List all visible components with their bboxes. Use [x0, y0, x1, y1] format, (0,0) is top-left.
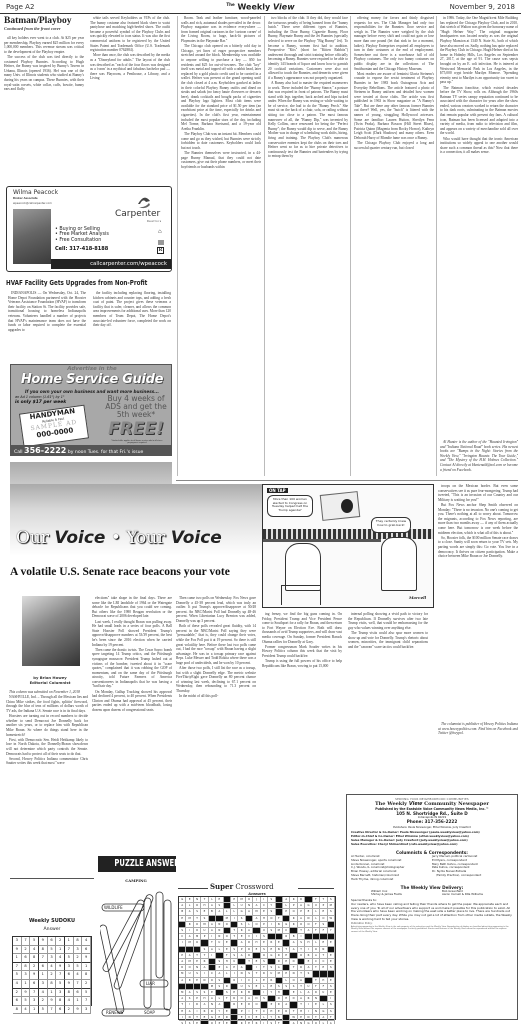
- senate-col-1: This column was submitted on November 1,…: [6, 690, 88, 878]
- agent-photo: [13, 209, 51, 264]
- realtor-ad[interactable]: Wilma Peacock Broker Associate wpeacock@…: [6, 186, 172, 272]
- batman-col-6: in 1986. Today, the One Magnificent Mile…: [440, 16, 518, 441]
- senate-col-6: troops on the Mexican border. But even s…: [438, 484, 518, 716]
- bartender-figure: [381, 537, 417, 591]
- sudoku-cell: 2: [82, 980, 91, 989]
- equal-housing-icon: ⌂: [158, 229, 162, 235]
- sample-ad: HANDYMAN Reliable & Fast SAMPLE AD 000-0…: [19, 405, 89, 448]
- sudoku-cell: 4: [48, 963, 57, 972]
- sudoku-cell: 7: [48, 1006, 57, 1015]
- sudoku-cell: 1: [22, 980, 31, 989]
- author-bio: Al Hunter is the author of the "Haunted …: [440, 440, 518, 480]
- sudoku-cell: 8: [22, 963, 31, 972]
- brand-sub: Realtors: [147, 220, 162, 223]
- wordsearch-title: CAMPING: [100, 878, 172, 883]
- sudoku-cell: 8: [48, 980, 57, 989]
- svg-text:LIAR: LIAR: [146, 981, 155, 986]
- byline: by Brian Howey Editorial Columnist: [10, 676, 90, 685]
- issue-date: November 9, 2018: [450, 3, 515, 11]
- sudoku-cell: 1: [39, 971, 48, 980]
- sudoku-cell: 1: [56, 946, 65, 955]
- sudoku-cell: 5: [74, 963, 83, 972]
- sudoku-cell: 8: [39, 946, 48, 955]
- batman-col-4: two blocks of the club. If they did, the…: [268, 16, 348, 478]
- sudoku-cell: 9: [74, 1006, 83, 1015]
- sudoku-cell: 2: [74, 954, 83, 963]
- senate-col-5: internal polling showing a vivid path to…: [348, 612, 428, 752]
- brand-name: Carpenter: [115, 209, 160, 219]
- sudoku-answer-grid: 3759621849248517361687345297826493515391…: [12, 936, 92, 1006]
- senate-headline: A volatile U.S. Senate race beacons your…: [10, 566, 230, 578]
- sudoku-cell: 7: [82, 997, 91, 1006]
- column-divider: [436, 16, 437, 476]
- svg-text:SOAP: SOAP: [144, 1010, 155, 1015]
- sudoku-cell: 4: [22, 1006, 31, 1015]
- divider: [298, 888, 334, 889]
- article-headline: Batman/Playboy: [4, 16, 86, 26]
- crossword-answer-grid: GENTLEEMOJISARRFTSALOHASLUNACYLPAGUPMBAS…: [178, 896, 336, 1020]
- sudoku-cell: 3: [74, 946, 83, 955]
- sudoku-cell: 7: [56, 971, 65, 980]
- sudoku-cell: 7: [74, 980, 83, 989]
- sudoku-cell: 9: [82, 954, 91, 963]
- masthead-phone: Phone: 317-356-2222: [351, 819, 513, 824]
- sudoku-cell: 9: [13, 946, 22, 955]
- sudoku-cell: 9: [56, 963, 65, 972]
- sudoku-cell: 7: [13, 963, 22, 972]
- batman-col-5: offering money for favors and thinly dis…: [354, 16, 434, 478]
- sudoku-cell: 1: [74, 997, 83, 1006]
- batman-article-head: Batman/Playboy Continued from the front …: [4, 16, 86, 31]
- sudoku-cell: 8: [82, 971, 91, 980]
- sudoku-cell: 5: [82, 989, 91, 998]
- voice-banner: Our Voice • Your Voice: [10, 484, 278, 556]
- sudoku-cell: 9: [22, 989, 31, 998]
- sudoku-cell: 4: [39, 989, 48, 998]
- sudoku-cell: 7: [65, 946, 74, 955]
- batman-col-3: Room. Teak and leather furniture, wood-p…: [181, 16, 261, 478]
- sudoku-cell: 7: [22, 937, 31, 946]
- sudoku-cell: 3: [48, 954, 57, 963]
- sudoku-cell: 7: [30, 989, 39, 998]
- sudoku-cell: 5: [65, 954, 74, 963]
- speech-bubble: More than 100 women elected to Congress …: [267, 495, 313, 517]
- sudoku-cell: 8: [65, 989, 74, 998]
- columnists-list: Al Hunter, columnist Steve Nicewonger, s…: [351, 855, 513, 882]
- sudoku-cell: 2: [30, 963, 39, 972]
- sudoku-cell: 1: [48, 989, 57, 998]
- sudoku-cell: 3: [22, 971, 31, 980]
- sudoku-cell: 8: [56, 997, 65, 1006]
- sudoku-cell: 6: [74, 989, 83, 998]
- cartoonist-signature: Marcell: [409, 595, 426, 600]
- sudoku-cell: 2: [65, 1006, 74, 1015]
- sudoku-cell: 5: [13, 971, 22, 980]
- agent-email[interactable]: wpeacock@callcarpenter.com: [13, 202, 52, 205]
- sudoku-cell: 8: [74, 937, 83, 946]
- voice-banner-title: Our Voice • Your Voice: [16, 528, 222, 548]
- sudoku-cell: 6: [22, 954, 31, 963]
- services-list: • Buying or Selling • Free Market Analys…: [55, 227, 109, 243]
- sudoku-title: Weekly SUDOKU: [10, 918, 94, 924]
- sudoku-cell: 8: [13, 1006, 22, 1015]
- sudoku-cell: 3: [30, 997, 39, 1006]
- home-service-guide-ad[interactable]: Advertise in the Home Service Guide If y…: [10, 364, 172, 456]
- sudoku-cell: 5: [22, 997, 31, 1006]
- sudoku-cell: 2: [22, 946, 31, 955]
- sudoku-cell: 5: [39, 1006, 48, 1015]
- columnist-tagline: The columnist is publisher of Howey Poli…: [438, 722, 518, 752]
- carpenter-logo-icon: [135, 195, 153, 209]
- sudoku-cell: 5: [48, 946, 57, 955]
- sudoku-cell: 4: [65, 997, 74, 1006]
- sudoku-cell: 5: [30, 937, 39, 946]
- svg-text:RENEWS: RENEWS: [106, 1010, 124, 1015]
- realtor-badge-icon: [158, 240, 164, 245]
- agent-url[interactable]: callcarpenter.com/wpeacock: [51, 259, 171, 269]
- patron-figure: [285, 543, 321, 591]
- puzzle-answers-bar: PUZZLE ANSWERS: [98, 856, 176, 872]
- masthead-box: SERVING YOUR NEIGHBORHOOD COMMUNITIES Th…: [346, 794, 518, 1020]
- sudoku-cell: 9: [48, 997, 57, 1006]
- sudoku-cell: 3: [39, 980, 48, 989]
- sudoku-cell: 6: [82, 946, 91, 955]
- free-badge: FREE!: [101, 419, 171, 439]
- divider: [178, 888, 208, 889]
- svg-text:WILDLIFE: WILDLIFE: [104, 905, 123, 910]
- sudoku-cell: 6: [48, 937, 57, 946]
- section-divider: [176, 480, 518, 481]
- sudoku-cell: 4: [30, 946, 39, 955]
- sudoku-cell: 4: [74, 971, 83, 980]
- sudoku-cell: 7: [39, 954, 48, 963]
- senate-col-4: ing frenzy, we find the big guns coming …: [262, 612, 342, 752]
- sudoku-cell: 8: [30, 954, 39, 963]
- editorial-cartoon: ON TAP More than 100 women elected to Co…: [262, 484, 434, 608]
- sudoku-cell: 4: [13, 980, 22, 989]
- hvaf-col-2: the facility including replacing floorin…: [93, 291, 171, 351]
- call-banner[interactable]: Call 356-2222 by noon Tues. for that Fri…: [11, 445, 172, 456]
- sudoku-cell: 4: [82, 937, 91, 946]
- newspaper-title: The Weekly View: [0, 2, 521, 12]
- hsg-title: Home Service Guide: [11, 372, 172, 387]
- sudoku-cell: 9: [65, 980, 74, 989]
- sudoku-cell: 6: [30, 980, 39, 989]
- head-icon: [341, 499, 353, 513]
- sudoku-cell: 6: [39, 963, 48, 972]
- sudoku-cell: 3: [13, 937, 22, 946]
- senate-col-2: elections" take shape in the final days.…: [92, 596, 172, 878]
- newspaper-icon: [320, 491, 361, 521]
- crossword-title: Super Crossword: [210, 882, 274, 891]
- agent-title: Broker Associate: [13, 197, 38, 200]
- divider: [10, 878, 94, 879]
- batman-col-1: all key holders ever went to a club. At …: [4, 36, 84, 182]
- bar-stool: [281, 585, 321, 605]
- column-divider: [350, 16, 351, 476]
- sudoku-cell: 9: [39, 937, 48, 946]
- columnist-photo: [22, 596, 80, 666]
- hvaf-col-1: INDIANAPOLIS — On Wednesday, Oct. 24, Th…: [8, 291, 86, 363]
- sudoku-cell: 1: [82, 963, 91, 972]
- sudoku-cell: 2: [39, 997, 48, 1006]
- column-divider: [264, 16, 265, 476]
- cartoon-label: ON TAP: [267, 488, 288, 493]
- sudoku-cell: 1: [65, 937, 74, 946]
- page-header: Page A2 The Weekly View November 9, 2018: [0, 0, 521, 14]
- sudoku-cell: 5: [56, 980, 65, 989]
- sudoku-sub: Answer: [10, 927, 94, 932]
- article-continued: Continued from the front cover: [4, 26, 86, 31]
- sudoku-cell: 6: [13, 997, 22, 1006]
- sudoku-cell: 3: [65, 963, 74, 972]
- staff-list: Creative Director & Co-Owner: Paula Nice…: [351, 830, 513, 846]
- sudoku-cell: 9: [30, 971, 39, 980]
- senate-col-3: Then came two polls on Wednesday. Fox Ne…: [176, 596, 256, 852]
- delivery-list: William Cox Shirley & James Fields Bob G…: [351, 890, 513, 898]
- sudoku-cell: 2: [13, 989, 22, 998]
- hvaf-headline: HVAF Facility Gets Upgrades from Non-Pro…: [6, 278, 147, 287]
- publication-policy: Advertising appearing in the Weekly View…: [351, 926, 513, 934]
- sudoku-cell: 6: [56, 1006, 65, 1015]
- column-divider: [177, 16, 178, 476]
- batman-col-2: white tails served Keyholders as VIPs of…: [90, 16, 170, 186]
- sudoku-cell: 6: [65, 971, 74, 980]
- speech-bubble-2: They certainly knew how to grab back!: [371, 517, 411, 533]
- sudoku-cell: 2: [48, 971, 57, 980]
- sudoku-cell: 3: [56, 989, 65, 998]
- agent-cell[interactable]: Cell: 317-418-8188: [55, 246, 108, 252]
- sudoku-cell: 2: [56, 937, 65, 946]
- wordsearch-answer: WILDLIFE LIAR RENEWS SOAP: [100, 884, 174, 1020]
- sudoku-cell: 4: [56, 954, 65, 963]
- sudoku-cell: 1: [30, 1006, 39, 1015]
- realtor-r-icon: R: [157, 247, 164, 254]
- agent-name: Wilma Peacock: [13, 189, 58, 196]
- thanks-text: Our readers, who have been calling and t…: [351, 903, 513, 922]
- sudoku-cell: 1: [13, 954, 22, 963]
- bar-counter: [263, 539, 381, 542]
- sudoku-cell: 3: [82, 1006, 91, 1015]
